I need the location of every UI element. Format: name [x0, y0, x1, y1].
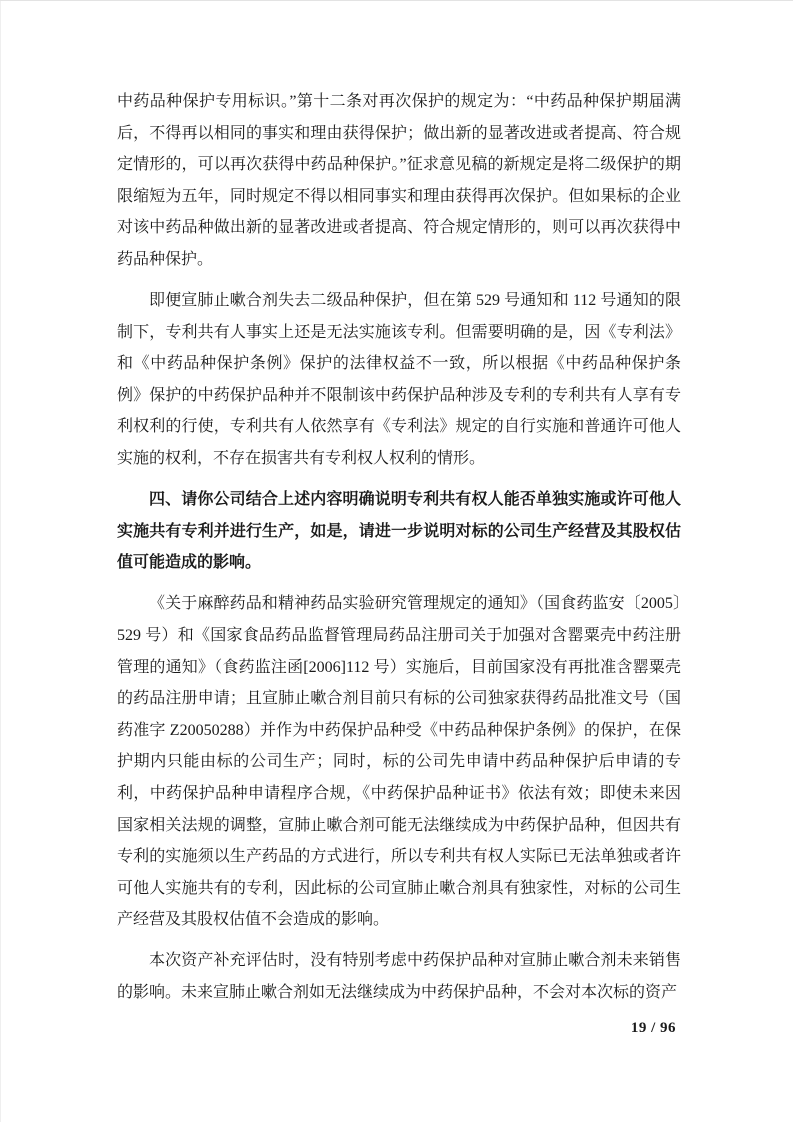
paragraph-continuation: 中药品种保护专用标识。”第十二条对再次保护的规定为：“中药品种保护期届满后，不得…	[117, 86, 681, 276]
page-number: 19 / 96	[631, 1020, 676, 1037]
paragraph-asset-valuation: 本次资产补充评估时，没有特别考虑中药保护品种对宣肺止嗽合剂未来销售的影响。未来宣…	[117, 945, 681, 1008]
section-heading-question-4: 四、请你公司结合上述内容明确说明专利共有权人能否单独实施或许可他人实施共有专利并…	[117, 484, 681, 579]
paragraph-patent-coowner: 即便宣肺止嗽合剂失去二级品种保护，但在第 529 号通知和 112 号通知的限制…	[117, 285, 681, 475]
page-content: 中药品种保护专用标识。”第十二条对再次保护的规定为：“中药品种保护期届满后，不得…	[117, 86, 681, 1018]
paragraph-regulation-reply: 《关于麻醉药品和精神药品实验研究管理规定的通知》（国食药监安〔2005〕529 …	[117, 588, 681, 936]
document-page: 中药品种保护专用标识。”第十二条对再次保护的规定为：“中药品种保护期届满后，不得…	[0, 0, 793, 1122]
